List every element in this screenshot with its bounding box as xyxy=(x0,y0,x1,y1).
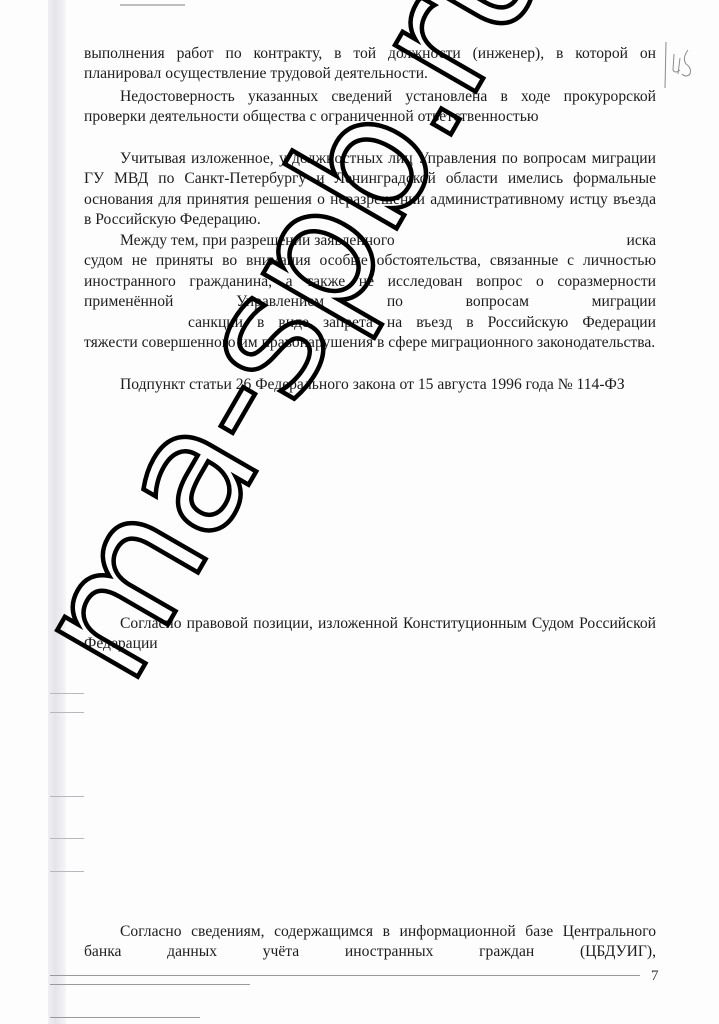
p3-text: Учитывая изложенное, у должностных лиц У… xyxy=(84,149,656,231)
paragraph-6: Согласно правовой позиции, изложенной Ко… xyxy=(84,614,656,655)
scan-artifact-line xyxy=(50,871,84,872)
paragraph-7: Согласно сведениям, содержащимся в инфор… xyxy=(84,922,656,963)
paragraph-3: Учитывая изложенное, у должностных лиц У… xyxy=(84,149,656,231)
p5-text: Подпункт статьи 26 Федерального закона о… xyxy=(84,375,656,395)
p4-body: судом не приняты во внимания особые обст… xyxy=(84,251,656,312)
handwritten-page-mark xyxy=(662,40,702,90)
p7-text: Согласно сведениям, содержащимся в инфор… xyxy=(84,922,656,963)
scan-artifact-line xyxy=(50,796,84,797)
p4-end: тяжести совершенного им правонарушения в… xyxy=(84,333,656,353)
p6-text: Согласно правовой позиции, изложенной Ко… xyxy=(84,614,656,655)
paragraph-5: Подпункт статьи 26 Федерального закона о… xyxy=(84,375,656,395)
p1-line-2: планировал осуществление трудовой деятел… xyxy=(84,64,656,84)
paragraph-2: Недостоверность указанных сведений устан… xyxy=(84,87,656,128)
p4-line-1: Между тем, при разрешении заявленного ис… xyxy=(84,231,656,251)
footer-rule xyxy=(50,1017,200,1018)
footer-rule xyxy=(50,984,250,985)
p2-text: Недостоверность указанных сведений устан… xyxy=(84,87,656,128)
paragraph-4: Между тем, при разрешении заявленного ис… xyxy=(84,231,656,353)
document-page: выполнения работ по контракту, в той дол… xyxy=(0,0,719,1024)
scan-artifact-line xyxy=(50,693,84,694)
paragraph-1: выполнения работ по контракту, в той дол… xyxy=(84,44,656,85)
p4-line-1-right: иска xyxy=(626,231,656,251)
scan-artifact-line xyxy=(50,712,84,713)
p1-line-1: выполнения работ по контракту, в той дол… xyxy=(84,44,656,64)
page-number: 7 xyxy=(651,968,659,985)
scan-artifact-line xyxy=(50,838,84,839)
scan-artifact-top xyxy=(120,4,185,6)
p4-indented-line: санкции в виде запрета на въезд в Россий… xyxy=(84,313,656,333)
footer-rule xyxy=(50,975,640,976)
p4-line-1-left: Между тем, при разрешении заявленного xyxy=(84,231,395,251)
